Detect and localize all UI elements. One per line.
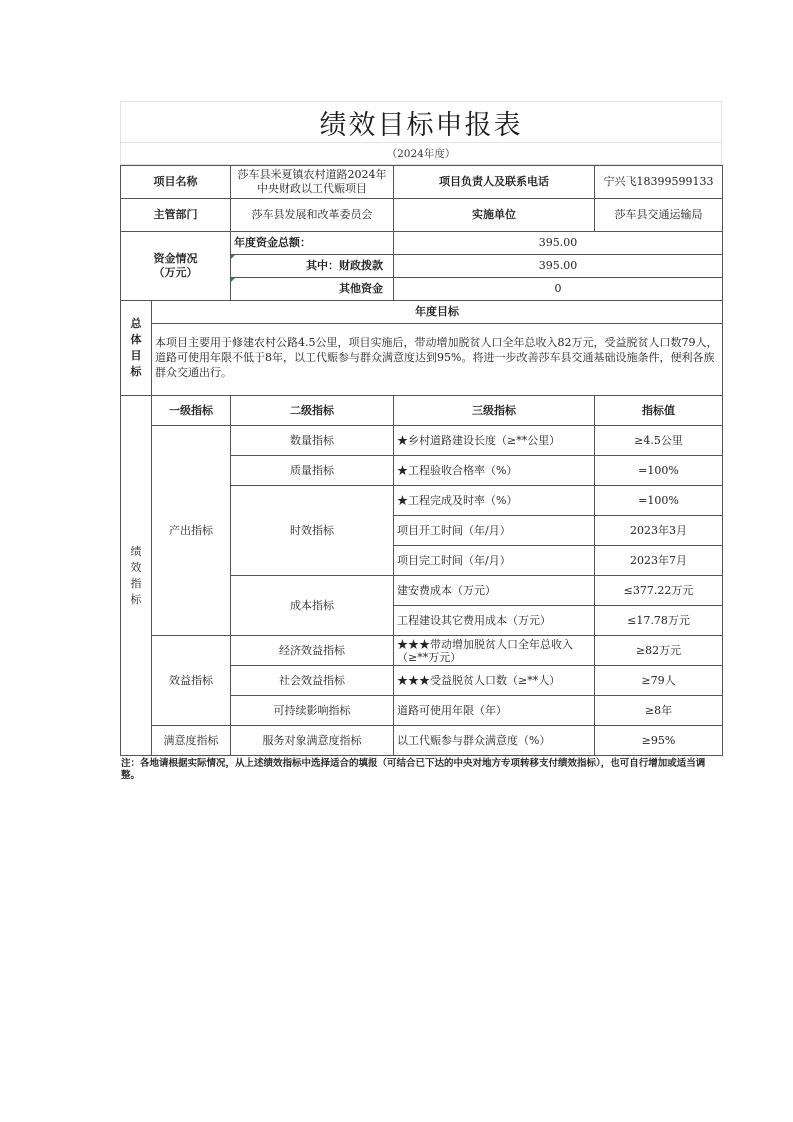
indicator-value: ≥79人: [595, 666, 723, 696]
page-title: 绩效目标申报表: [320, 103, 523, 142]
goal-side-char: 总: [124, 316, 148, 332]
indicator-value: ≥4.5公里: [595, 426, 723, 456]
goal-side-char: 目: [124, 348, 148, 364]
funds-fiscal-label: 其中：财政拨款: [231, 255, 394, 278]
indicator-name: 项目开工时间（年/月）: [394, 516, 595, 546]
impl-label: 实施单位: [394, 199, 595, 232]
funds-total-label: 年度资金总额：: [231, 232, 394, 255]
level1-satisfaction: 满意度指标: [152, 726, 231, 756]
dept-value: 莎车县发展和改革委员会: [231, 199, 394, 232]
level2-economic: 经济效益指标: [231, 636, 394, 666]
funds-label-line1: 资金情况: [124, 252, 227, 266]
footnote: 注：各地请根据实际情况，从上述绩效指标中选择适合的填报（可结合已下达的中央对地方…: [120, 756, 722, 782]
indicator-value: ≥8年: [595, 696, 723, 726]
indicator-name: 道路可使用年限（年）: [394, 696, 595, 726]
indicator-value: ≤17.78万元: [595, 606, 723, 636]
level1-benefit: 效益指标: [152, 636, 231, 726]
level2-social: 社会效益指标: [231, 666, 394, 696]
column-header-value: 指标值: [595, 396, 723, 426]
year-subtitle-bar: （2024年度）: [120, 142, 722, 165]
title-bar: 绩效目标申报表: [120, 101, 722, 142]
indicators-side-char: 指: [124, 576, 148, 592]
indicator-name: ★工程验收合格率（%）: [394, 456, 595, 486]
indicator-value: 2023年3月: [595, 516, 723, 546]
project-name-row: 项目名称 莎车县米夏镇农村道路2024年中央财政以工代赈项目 项目负责人及联系电…: [121, 166, 723, 199]
funds-label: 资金情况 （万元）: [121, 232, 231, 301]
funds-total-value: 395.00: [394, 232, 723, 255]
level2-service: 服务对象满意度指标: [231, 726, 394, 756]
funds-other-label: 其他资金: [231, 278, 394, 301]
level2-cost: 成本指标: [231, 576, 394, 636]
column-header-level2: 二级指标: [231, 396, 394, 426]
indicators-side-label: 绩 效 指 标: [121, 396, 152, 756]
table-row: 产出指标 数量指标 ★乡村道路建设长度（≥**公里） ≥4.5公里: [121, 426, 723, 456]
table-row: 满意度指标 服务对象满意度指标 以工代赈参与群众满意度（%） ≥95%: [121, 726, 723, 756]
indicator-name: ★乡村道路建设长度（≥**公里）: [394, 426, 595, 456]
level2-timeliness: 时效指标: [231, 486, 394, 576]
project-name-value: 莎车县米夏镇农村道路2024年中央财政以工代赈项目: [231, 166, 394, 199]
funds-fiscal-value: 395.00: [394, 255, 723, 278]
goal-side-char: 体: [124, 332, 148, 348]
indicator-value: ≥82万元: [595, 636, 723, 666]
level2-quality: 质量指标: [231, 456, 394, 486]
indicator-value: 2023年7月: [595, 546, 723, 576]
goal-text: 本项目主要用于修建农村公路4.5公里，项目实施后，带动增加脱贫人口全年总收入82…: [152, 324, 723, 396]
level2-sustainable: 可持续影响指标: [231, 696, 394, 726]
level1-output: 产出指标: [152, 426, 231, 636]
year-subtitle: （2024年度）: [387, 146, 456, 161]
goal-header: 年度目标: [152, 301, 723, 324]
form-table: 项目名称 莎车县米夏镇农村道路2024年中央财政以工代赈项目 项目负责人及联系电…: [120, 165, 723, 756]
owner-value: 宁兴飞18399599133: [595, 166, 723, 199]
column-header-level3: 三级指标: [394, 396, 595, 426]
level2-quantity: 数量指标: [231, 426, 394, 456]
funds-label-line2: （万元）: [124, 266, 227, 280]
indicator-name: ★★★带动增加脱贫人口全年总收入（≥**万元）: [394, 636, 595, 666]
indicators-side-char: 效: [124, 560, 148, 576]
indicator-name: 工程建设其它费用成本（万元）: [394, 606, 595, 636]
impl-value: 莎车县交通运输局: [595, 199, 723, 232]
indicator-value: =100%: [595, 486, 723, 516]
performance-goal-form: 绩效目标申报表 （2024年度） 项目名称 莎车县米夏镇农村道路2024年中央财…: [120, 101, 722, 782]
indicator-name: 建安费成本（万元）: [394, 576, 595, 606]
project-name-label: 项目名称: [121, 166, 231, 199]
goal-side-char: 标: [124, 364, 148, 380]
indicator-header-row: 绩 效 指 标 一级指标 二级指标 三级指标 指标值: [121, 396, 723, 426]
indicator-value: =100%: [595, 456, 723, 486]
funds-total-row: 资金情况 （万元） 年度资金总额： 395.00: [121, 232, 723, 255]
column-header-level1: 一级指标: [152, 396, 231, 426]
goal-side-label: 总 体 目 标: [121, 301, 152, 396]
table-row: 效益指标 经济效益指标 ★★★带动增加脱贫人口全年总收入（≥**万元） ≥82万…: [121, 636, 723, 666]
owner-label: 项目负责人及联系电话: [394, 166, 595, 199]
indicator-value: ≥95%: [595, 726, 723, 756]
indicator-name: 以工代赈参与群众满意度（%）: [394, 726, 595, 756]
indicator-value: ≤377.22万元: [595, 576, 723, 606]
goal-text-row: 本项目主要用于修建农村公路4.5公里，项目实施后，带动增加脱贫人口全年总收入82…: [121, 324, 723, 396]
indicators-side-char: 绩: [124, 544, 148, 560]
indicators-side-char: 标: [124, 592, 148, 608]
dept-label: 主管部门: [121, 199, 231, 232]
indicator-name: ★★★受益脱贫人口数（≥**人）: [394, 666, 595, 696]
goal-header-row: 总 体 目 标 年度目标: [121, 301, 723, 324]
indicator-name: ★工程完成及时率（%）: [394, 486, 595, 516]
funds-other-value: 0: [394, 278, 723, 301]
dept-row: 主管部门 莎车县发展和改革委员会 实施单位 莎车县交通运输局: [121, 199, 723, 232]
indicator-name: 项目完工时间（年/月）: [394, 546, 595, 576]
